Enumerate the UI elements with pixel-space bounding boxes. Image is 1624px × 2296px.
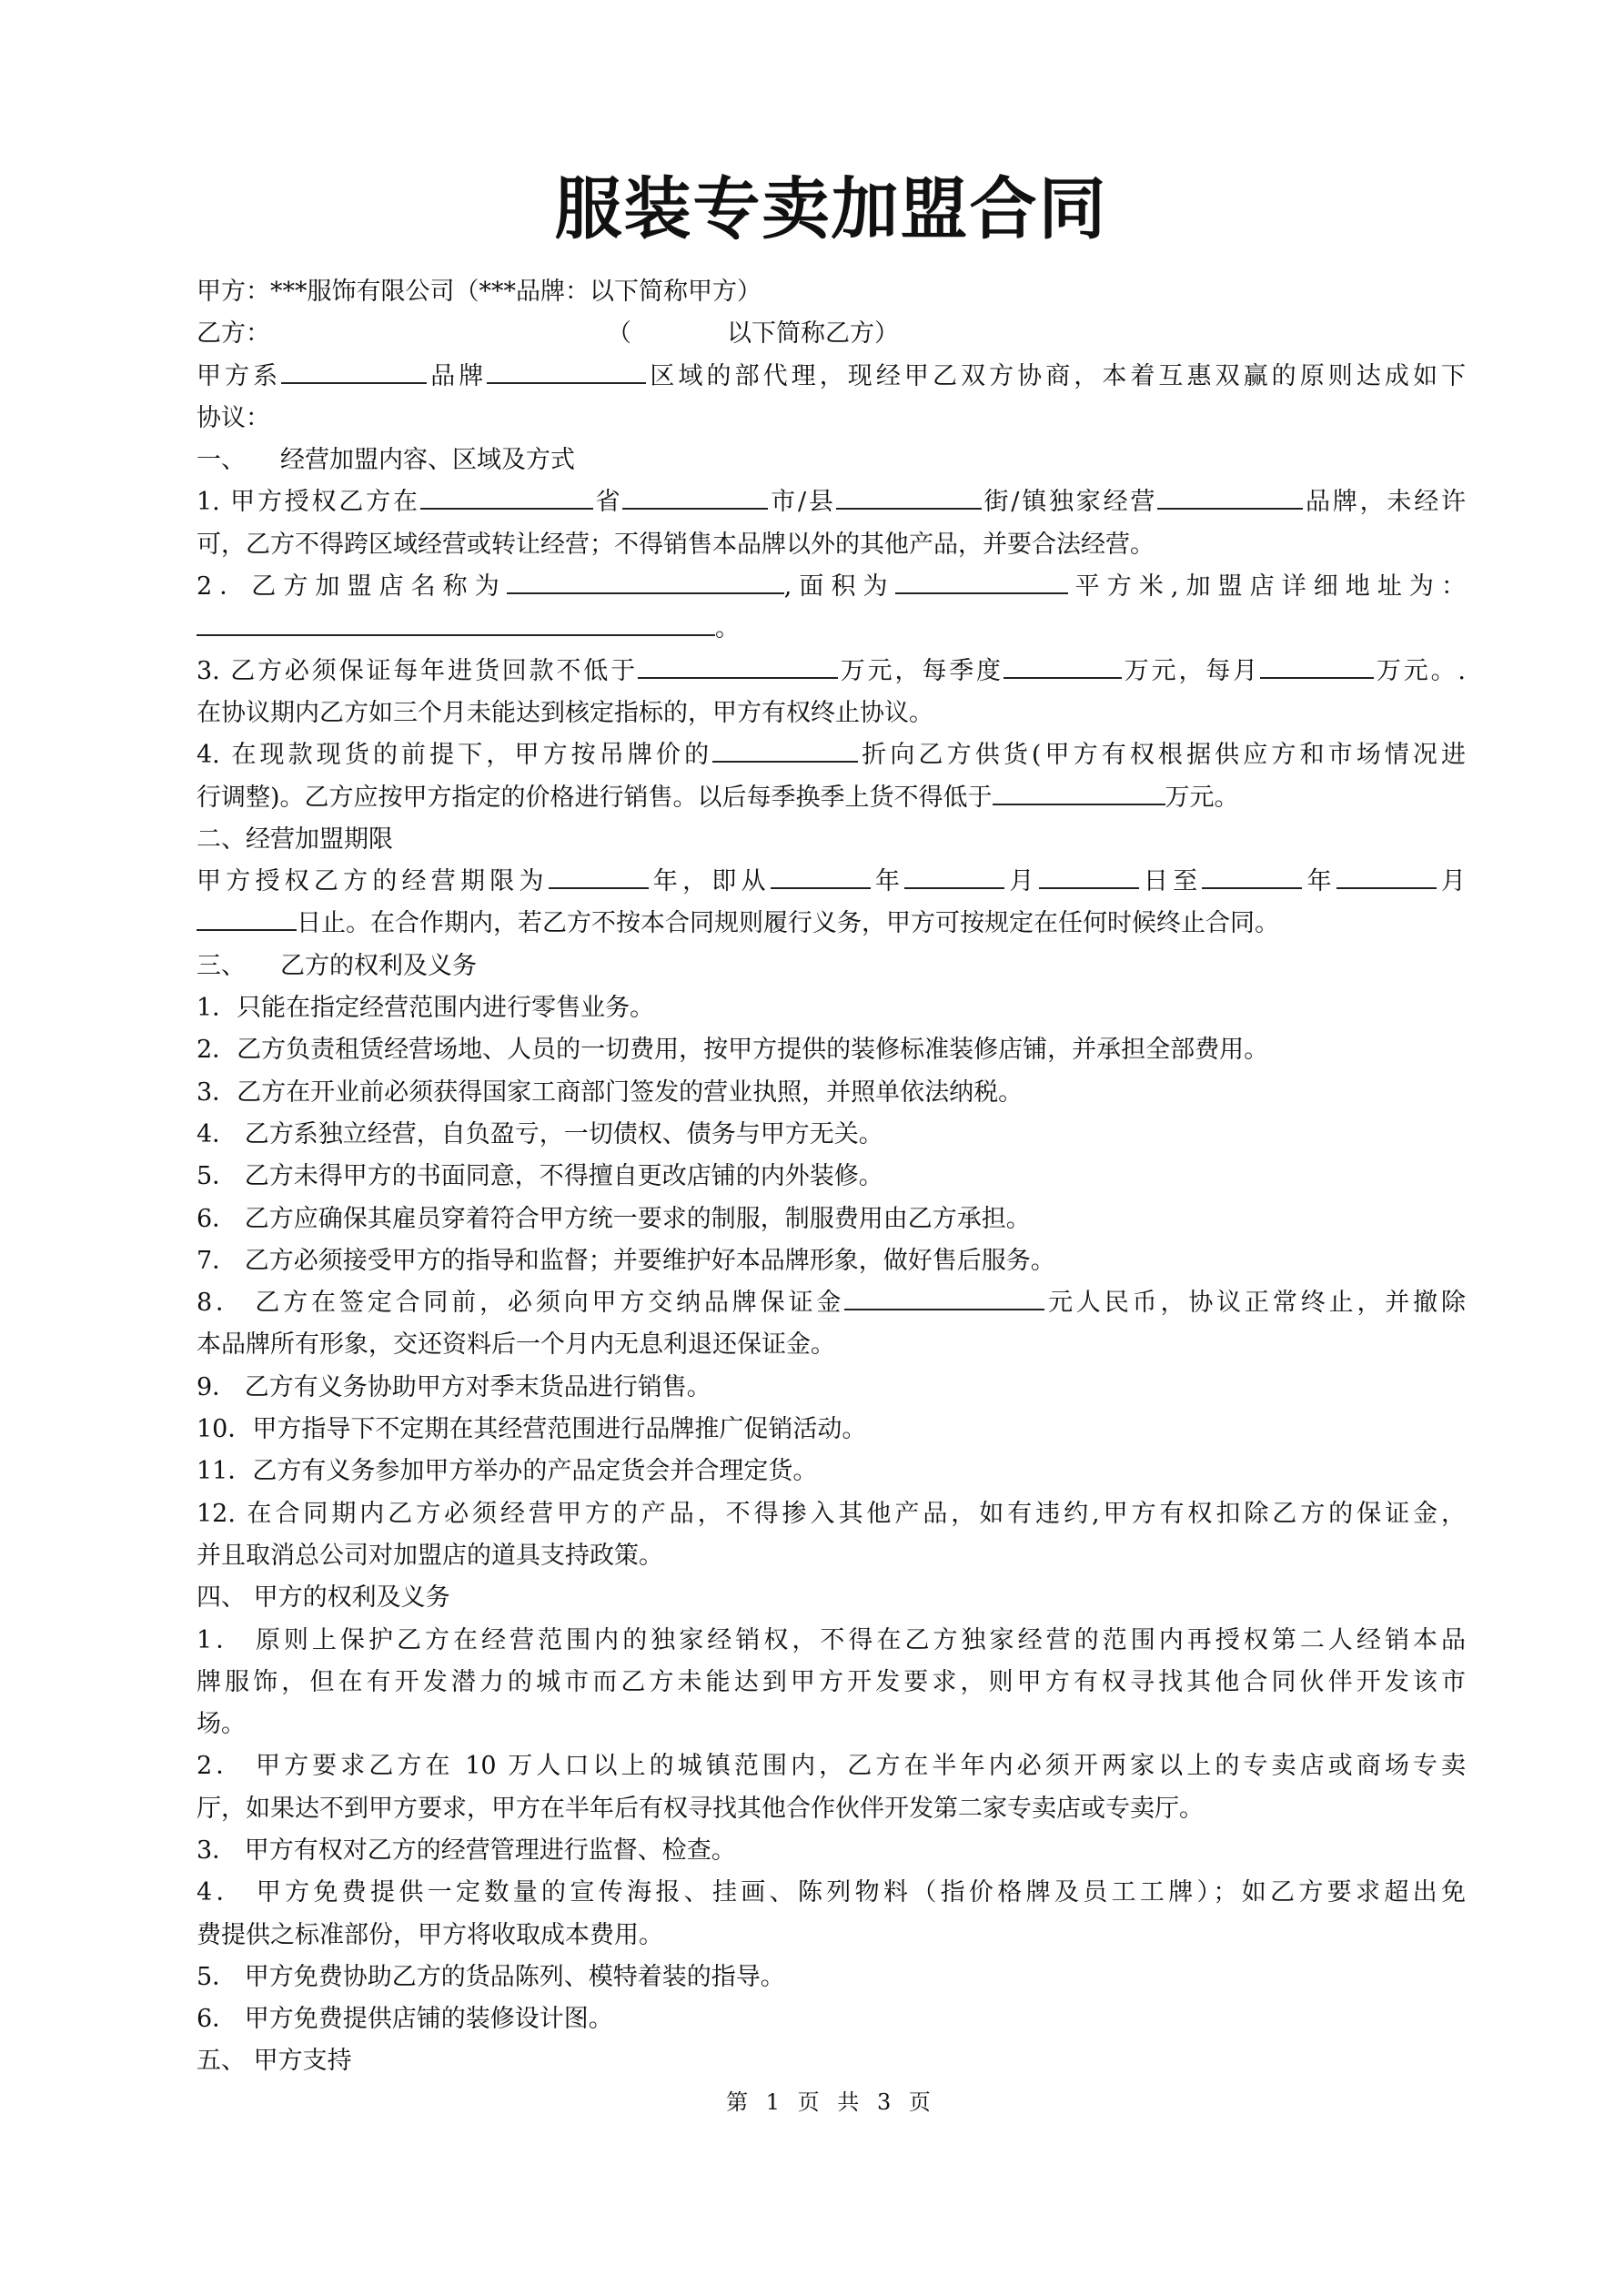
document-line: 行调整)。乙方应按甲方指定的价格进行销售。以后每季换季上货不得低于万元。 xyxy=(197,777,1466,819)
text-segment: 8． 乙方在签定合同前，必须向甲方交纳品牌保证金 xyxy=(197,1289,844,1317)
text-segment: 并且取消总公司对加盟店的道具支持政策。 xyxy=(197,1542,663,1570)
document-line: 11．乙方有义务参加甲方举办的产品定货会并合理定货。 xyxy=(197,1451,1466,1492)
document-line: 本品牌所有形象，交还资料后一个月内无息利退还保证金。 xyxy=(197,1324,1466,1366)
document-line: 5． 乙方未得甲方的书面同意，不得擅自更改店铺的内外装修。 xyxy=(197,1156,1466,1198)
text-segment: 3．乙方在开业前必须获得国家工商部门签发的营业执照，并照单依法纳税。 xyxy=(197,1078,1023,1107)
text-segment: 1． 原则上保护乙方在经营范围内的独家经销权，不得在乙方独家经营的范围内再授权第… xyxy=(197,1626,1466,1654)
document-line: 2．乙方负责租赁经营场地、人员的一切费用，按甲方提供的装修标准装修店铺，并承担全… xyxy=(197,1029,1466,1071)
fill-in-blank[interactable] xyxy=(836,484,982,510)
document-line: 一、经营加盟内容、区域及方式 xyxy=(197,440,1466,481)
text-segment: 年 xyxy=(871,867,904,895)
document-line: 1．只能在指定经营范围内进行零售业务。 xyxy=(197,987,1466,1029)
text-segment: 品牌 xyxy=(427,362,487,390)
document-line: 四、 甲方的权利及义务 xyxy=(197,1577,1466,1619)
text-segment: 9． 乙方有义务协助甲方对季末货品进行销售。 xyxy=(197,1373,711,1401)
text-segment: 甲方授权乙方的经营期限为 xyxy=(197,867,549,895)
fill-in-blank[interactable] xyxy=(487,359,646,384)
fill-in-blank[interactable] xyxy=(549,864,649,889)
text-segment: 乙方的权利及义务 xyxy=(280,952,477,980)
text-segment: 区域的部代理，现经甲乙双方协商，本着互惠双赢的原则达成如下 xyxy=(646,362,1466,390)
fill-in-blank[interactable] xyxy=(904,864,1004,889)
document-line: 日止。在合作期内，若乙方不按本合同规则履行义务，甲方可按规定在任何时候终止合同。 xyxy=(197,903,1466,945)
fill-in-blank[interactable] xyxy=(712,737,858,763)
text-segment: 元人民币，协议正常终止，并撤除 xyxy=(1044,1289,1466,1317)
fill-in-blank[interactable] xyxy=(507,569,784,594)
document-line: 6． 乙方应确保其雇员穿着符合甲方统一要求的制服，制服费用由乙方承担。 xyxy=(197,1199,1466,1240)
document-line: 10．甲方指导下不定期在其经营范围进行品牌推广促销活动。 xyxy=(197,1409,1466,1451)
document-line: 2．乙方加盟店名称为,面积为平方米,加盟店详细地址为： xyxy=(197,566,1466,608)
text-segment: 街/镇独家经营 xyxy=(982,488,1158,516)
fill-in-blank[interactable] xyxy=(197,905,297,931)
document-line: 3. 乙方必须保证每年进货回款不低于万元，每季度万元，每月万元。. xyxy=(197,651,1466,693)
text-segment: 11．乙方有义务参加甲方举办的产品定货会并合理定货。 xyxy=(197,1457,817,1485)
text-segment: 三、 xyxy=(197,952,246,980)
text-segment: 可，乙方不得跨区域经营或转让经营；不得销售本品牌以外的其他产品，并要合法经营。 xyxy=(197,531,1155,559)
document-line: 协议： xyxy=(197,398,1466,440)
text-segment: 4． 乙方系独立经营，自负盈亏，一切债权、债务与甲方无关。 xyxy=(197,1120,883,1148)
fill-in-blank[interactable] xyxy=(281,359,427,384)
text-segment: 5． 乙方未得甲方的书面同意，不得擅自更改店铺的内外装修。 xyxy=(197,1162,883,1190)
text-segment: 费提供之标准部份，甲方将收取成本费用。 xyxy=(197,1921,663,1949)
document-line: 4. 在现款现货的前提下，甲方按吊牌价的折向乙方供货(甲方有权根据供应方和市场情… xyxy=(197,734,1466,776)
document-line: 7． 乙方必须接受甲方的指导和监督；并要维护好本品牌形象，做好售后服务。 xyxy=(197,1240,1466,1282)
document-line: 4． 甲方免费提供一定数量的宣传海报、挂画、陈列物料（指价格牌及员工工牌）；如乙… xyxy=(197,1872,1466,1914)
document-line: 可，乙方不得跨区域经营或转让经营；不得销售本品牌以外的其他产品，并要合法经营。 xyxy=(197,524,1466,566)
document-line: 。 xyxy=(197,608,1466,650)
text-segment: 年 xyxy=(1302,867,1336,895)
document-line: 五、 甲方支持 xyxy=(197,2040,1466,2082)
document-line: 2． 甲方要求乙方在 10 万人口以上的城镇范围内，乙方在半年内必须开两家以上的… xyxy=(197,1745,1466,1787)
text-segment: 万元。. xyxy=(1374,657,1466,685)
fill-in-blank[interactable] xyxy=(993,780,1165,805)
text-segment: 日止。在合作期内，若乙方不按本合同规则履行义务，甲方可按规定在任何时候终止合同。 xyxy=(297,909,1279,937)
document-line: 12. 在合同期内乙方必须经营甲方的产品，不得掺入其他产品，如有违约,甲方有权扣… xyxy=(197,1493,1466,1535)
document-line: 并且取消总公司对加盟店的道具支持政策。 xyxy=(197,1535,1466,1577)
text-segment: 场。 xyxy=(197,1710,246,1738)
text-segment: 万元，每季度 xyxy=(838,657,1004,685)
document-line: 三、乙方的权利及义务 xyxy=(197,946,1466,987)
text-segment: 3． 甲方有权对乙方的经营管理进行监督、检查。 xyxy=(197,1836,736,1865)
text-segment: （ xyxy=(607,319,631,348)
text-segment: 乙方： xyxy=(197,319,270,348)
document-line: 1． 原则上保护乙方在经营范围内的独家经销权，不得在乙方独家经营的范围内再授权第… xyxy=(197,1620,1466,1662)
document-line: 9． 乙方有义务协助甲方对季末货品进行销售。 xyxy=(197,1367,1466,1409)
fill-in-blank[interactable] xyxy=(420,484,593,510)
document-title: 服装专卖加盟合同 xyxy=(197,164,1466,255)
fill-in-blank[interactable] xyxy=(771,864,871,889)
fill-in-blank[interactable] xyxy=(638,653,838,679)
text-segment: 万元，每月 xyxy=(1122,657,1260,685)
text-segment: 四、 甲方的权利及义务 xyxy=(197,1583,450,1612)
text-segment: 二、经营加盟期限 xyxy=(197,825,393,854)
text-segment: 2． 甲方要求乙方在 10 万人口以上的城镇范围内，乙方在半年内必须开两家以上的… xyxy=(197,1752,1466,1780)
text-segment: 厅，如果达不到甲方要求，甲方在半年后有权寻找其他合作伙伴开发第二家专卖店或专卖厅… xyxy=(197,1795,1204,1823)
text-segment: 市/县 xyxy=(768,488,835,516)
text-segment: 12. 在合同期内乙方必须经营甲方的产品，不得掺入其他产品，如有违约,甲方有权扣… xyxy=(197,1500,1466,1528)
fill-in-blank[interactable] xyxy=(895,569,1068,594)
text-segment: 3. 乙方必须保证每年进货回款不低于 xyxy=(197,657,638,685)
text-segment: 平方米,加盟店详细地址为： xyxy=(1068,572,1466,601)
text-segment: 行调整)。乙方应按甲方指定的价格进行销售。以后每季换季上货不得低于 xyxy=(197,784,993,812)
text-segment: 本品牌所有形象，交还资料后一个月内无息利退还保证金。 xyxy=(197,1330,835,1359)
text-segment: 甲方系 xyxy=(197,362,281,390)
document-line: 3． 甲方有权对乙方的经营管理进行监督、检查。 xyxy=(197,1830,1466,1872)
text-segment: 在协议期内乙方如三个月未能达到核定指标的，甲方有权终止协议。 xyxy=(197,699,933,727)
document-body: 甲方：***服饰有限公司（***品牌：以下简称甲方）乙方：（以下简称乙方）甲方系… xyxy=(197,271,1466,2083)
document-line: 场。 xyxy=(197,1704,1466,1745)
fill-in-blank[interactable] xyxy=(1157,484,1303,510)
text-segment: 一、 xyxy=(197,446,246,474)
document-line: 牌服饰，但在有开发潜力的城市而乙方未能达到甲方开发要求，则甲方有权寻找其他合同伙… xyxy=(197,1662,1466,1704)
page-number-footer: 第 1 页 共 3 页 xyxy=(197,2084,1466,2116)
document-line: 4． 乙方系独立经营，自负盈亏，一切债权、债务与甲方无关。 xyxy=(197,1114,1466,1156)
text-segment: 4. 在现款现货的前提下，甲方按吊牌价的 xyxy=(197,741,712,769)
text-segment: 年，即从 xyxy=(649,867,771,895)
fill-in-blank[interactable] xyxy=(1039,864,1139,889)
text-segment: 五、 甲方支持 xyxy=(197,2047,352,2075)
document-line: 二、经营加盟期限 xyxy=(197,819,1466,861)
document-line: 费提供之标准部份，甲方将收取成本费用。 xyxy=(197,1915,1466,1957)
fill-in-blank[interactable] xyxy=(1004,653,1122,679)
text-segment: 折向乙方供货(甲方有权根据供应方和市场情况进 xyxy=(858,741,1466,769)
text-segment: 经营加盟内容、区域及方式 xyxy=(280,446,575,474)
document-line: 在协议期内乙方如三个月未能达到核定指标的，甲方有权终止协议。 xyxy=(197,693,1466,734)
text-segment: 1．只能在指定经营范围内进行零售业务。 xyxy=(197,994,654,1022)
text-segment: 10．甲方指导下不定期在其经营范围进行品牌推广促销活动。 xyxy=(197,1415,866,1443)
text-segment: 。 xyxy=(715,614,740,642)
fill-in-blank[interactable] xyxy=(1260,653,1374,679)
document-line: 甲方：***服饰有限公司（***品牌：以下简称甲方） xyxy=(197,271,1466,313)
text-segment: 以下简称乙方） xyxy=(727,319,899,348)
document-line: 甲方系品牌区域的部代理，现经甲乙双方协商，本着互惠双赢的原则达成如下 xyxy=(197,356,1466,398)
text-segment: 4． 甲方免费提供一定数量的宣传海报、挂画、陈列物料（指价格牌及员工工牌）；如乙… xyxy=(197,1878,1466,1907)
document-line: 1. 甲方授权乙方在省市/县街/镇独家经营品牌，未经许 xyxy=(197,481,1466,523)
text-segment: 牌服饰，但在有开发潜力的城市而乙方未能达到甲方开发要求，则甲方有权寻找其他合同伙… xyxy=(197,1668,1466,1696)
fill-in-blank[interactable] xyxy=(197,611,715,636)
text-segment: 协议： xyxy=(197,404,270,432)
text-segment: 省 xyxy=(593,488,623,516)
text-segment: 品牌，未经许 xyxy=(1303,488,1466,516)
text-segment: 日至 xyxy=(1139,867,1203,895)
document-line: 乙方：（以下简称乙方） xyxy=(197,313,1466,355)
fill-in-blank[interactable] xyxy=(1202,864,1302,889)
text-segment: 1. 甲方授权乙方在 xyxy=(197,488,420,516)
text-segment: 甲方：***服饰有限公司（***品牌：以下简称甲方） xyxy=(197,278,762,306)
document-line: 厅，如果达不到甲方要求，甲方在半年后有权寻找其他合作伙伴开发第二家专卖店或专卖厅… xyxy=(197,1788,1466,1830)
text-segment: 月 xyxy=(1004,867,1038,895)
document-line: 3．乙方在开业前必须获得国家工商部门签发的营业执照，并照单依法纳税。 xyxy=(197,1072,1466,1114)
fill-in-blank[interactable] xyxy=(844,1285,1044,1310)
text-segment: 6． 甲方免费提供店铺的装修设计图。 xyxy=(197,2005,613,2033)
document-line: 6． 甲方免费提供店铺的装修设计图。 xyxy=(197,1998,1466,2040)
document-line: 5． 甲方免费协助乙方的货品陈列、模特着装的指导。 xyxy=(197,1957,1466,1998)
text-segment: 月 xyxy=(1437,867,1466,895)
document-line: 甲方授权乙方的经营期限为年，即从年月日至年月 xyxy=(197,861,1466,903)
document-line: 8． 乙方在签定合同前，必须向甲方交纳品牌保证金元人民币，协议正常终止，并撤除 xyxy=(197,1282,1466,1324)
text-segment: 7． 乙方必须接受甲方的指导和监督；并要维护好本品牌形象，做好售后服务。 xyxy=(197,1247,1055,1275)
text-segment: 6． 乙方应确保其雇员穿着符合甲方统一要求的制服，制服费用由乙方承担。 xyxy=(197,1205,1031,1233)
fill-in-blank[interactable] xyxy=(1337,864,1437,889)
text-segment: 5． 甲方免费协助乙方的货品陈列、模特着装的指导。 xyxy=(197,1963,785,1991)
fill-in-blank[interactable] xyxy=(622,484,768,510)
text-segment: 2．乙方负责租赁经营场地、人员的一切费用，按甲方提供的装修标准装修店铺，并承担全… xyxy=(197,1036,1268,1064)
text-segment: 万元。 xyxy=(1165,784,1239,812)
text-segment: ,面积为 xyxy=(784,572,895,601)
text-segment: 2．乙方加盟店名称为 xyxy=(197,572,507,601)
